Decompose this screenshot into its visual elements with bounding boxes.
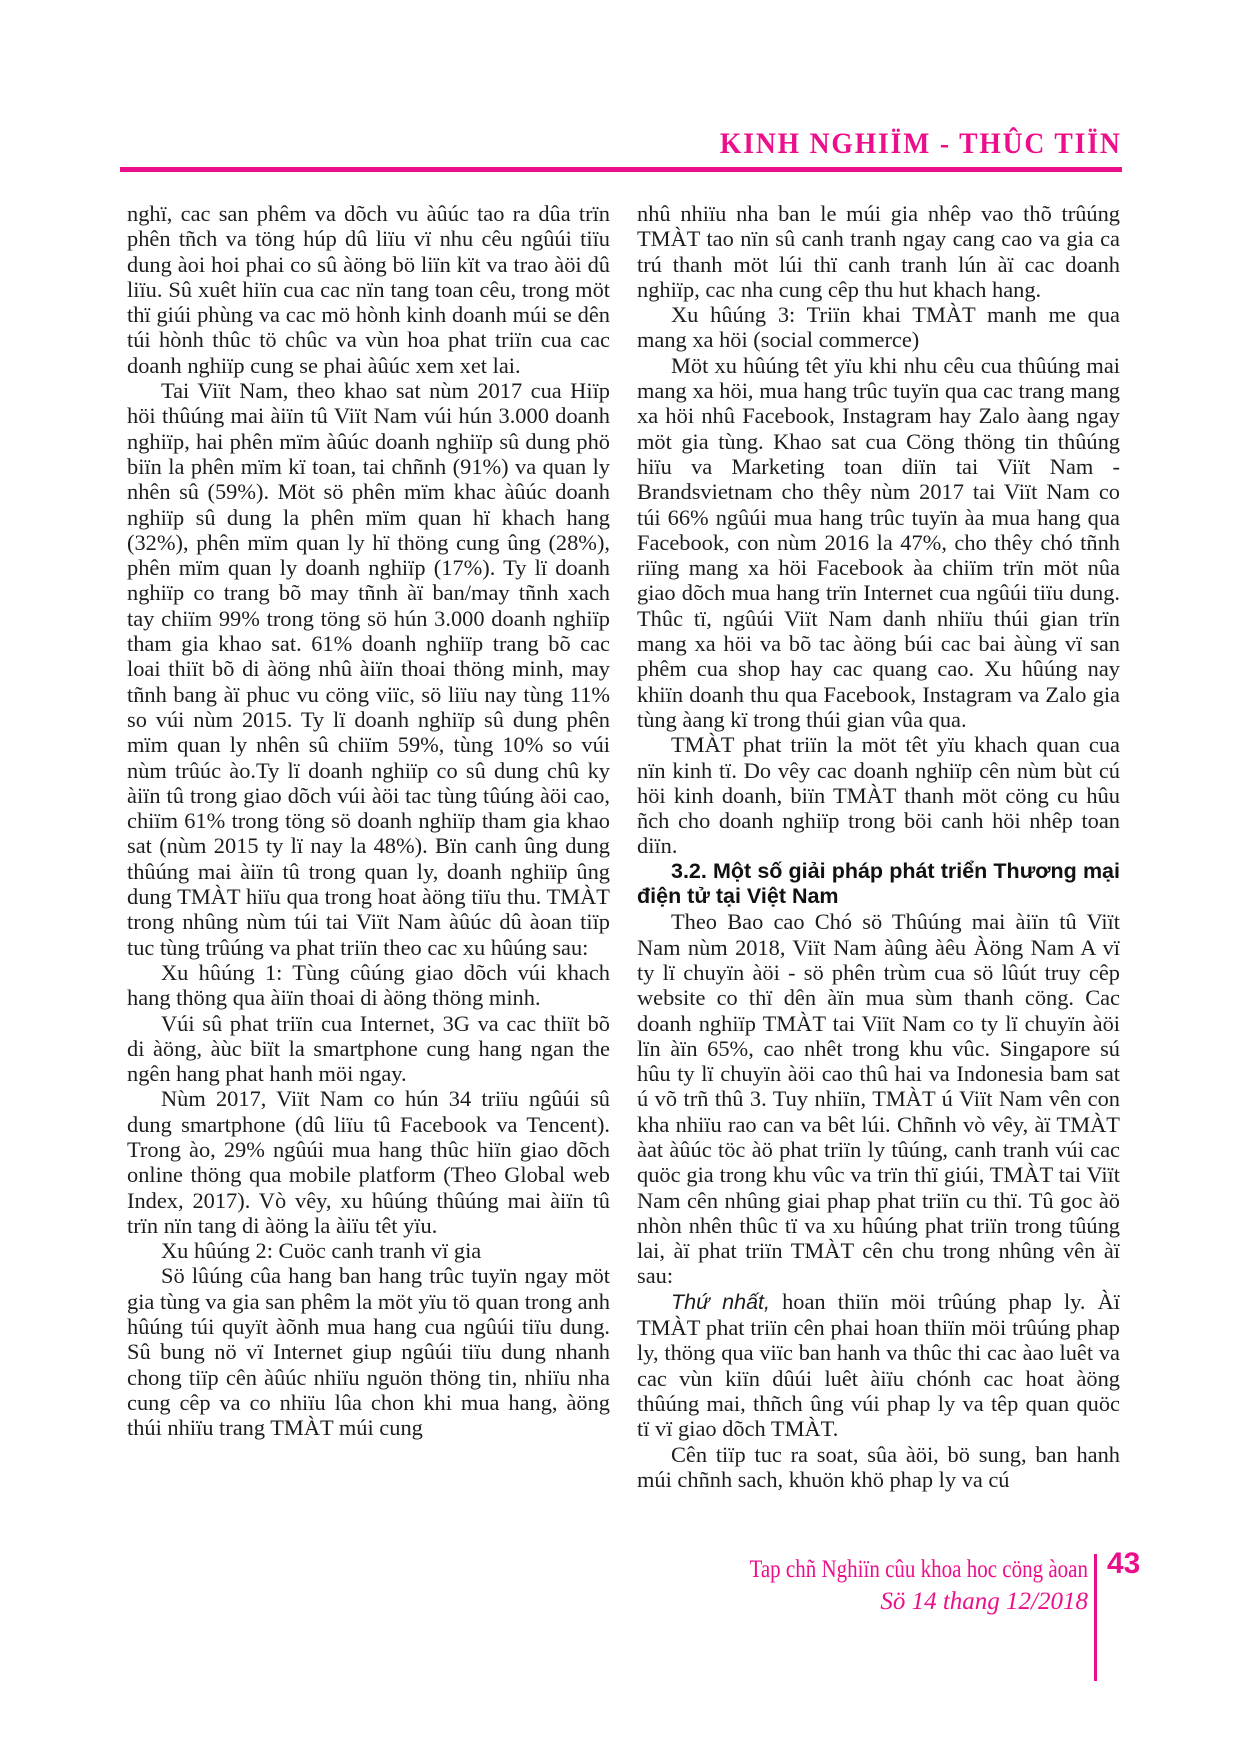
article-body: nghï, cac san phêm va dõch vu àûúc tao r…: [127, 201, 1120, 1492]
section-title: KINH NGHIÏM - THÛC TIÏN: [720, 127, 1122, 161]
paragraph: Tai Viït Nam, theo khao sat nùm 2017 cua…: [127, 378, 610, 960]
header-rule: [120, 167, 1122, 172]
subsection-heading: 3.2. Một số giải pháp phát triển Thương …: [637, 859, 1120, 910]
paragraph: Nùm 2017, Viït Nam co hún 34 triïu ngûúi…: [127, 1086, 610, 1238]
paragraph: Sö lûúng cûa hang ban hang trûc tuyïn ng…: [127, 1263, 610, 1440]
paragraph: nhû nhiïu nha ban le múi gia nhêp vao th…: [637, 201, 1120, 302]
paragraph: Xu hûúng 2: Cuöc canh tranh vï gia: [127, 1238, 610, 1263]
paragraph: TMÀT phat triïn la möt têt yïu khach qua…: [637, 732, 1120, 858]
paragraph: Vúi sû phat triïn cua Internet, 3G va ca…: [127, 1011, 610, 1087]
footer-divider-bar: [1094, 1554, 1097, 1681]
journal-page: KINH NGHIÏM - THÛC TIÏN nghï, cac san ph…: [0, 0, 1240, 1753]
paragraph-lead-italic: Thứ nhất,: [671, 1290, 770, 1314]
paragraph: Cên tiïp tuc ra soat, sûa àöi, bö sung, …: [637, 1442, 1120, 1493]
paragraph: Theo Bao cao Chó sö Thûúng mai àiïn tû V…: [637, 909, 1120, 1288]
page-number: 43: [1107, 1547, 1140, 1581]
paragraph: Xu hûúng 1: Tùng cûúng giao dõch vúi kha…: [127, 960, 610, 1011]
footer-issue: Sö 14 thang 12/2018: [880, 1588, 1088, 1616]
paragraph: Thứ nhất, hoan thiïn möi trûúng phap ly.…: [637, 1289, 1120, 1442]
footer-journal-name: Tap chñ Nghiïn cûu khoa hoc cöng àoan: [749, 1556, 1088, 1584]
paragraph: Möt xu hûúng têt yïu khi nhu cêu cua thû…: [637, 353, 1120, 732]
paragraph: Xu hûúng 3: Triïn khai TMÀT manh me qua …: [637, 302, 1120, 353]
paragraph: nghï, cac san phêm va dõch vu àûúc tao r…: [127, 201, 610, 378]
left-column: nghï, cac san phêm va dõch vu àûúc tao r…: [127, 201, 610, 1492]
right-column: nhû nhiïu nha ban le múi gia nhêp vao th…: [637, 201, 1120, 1492]
